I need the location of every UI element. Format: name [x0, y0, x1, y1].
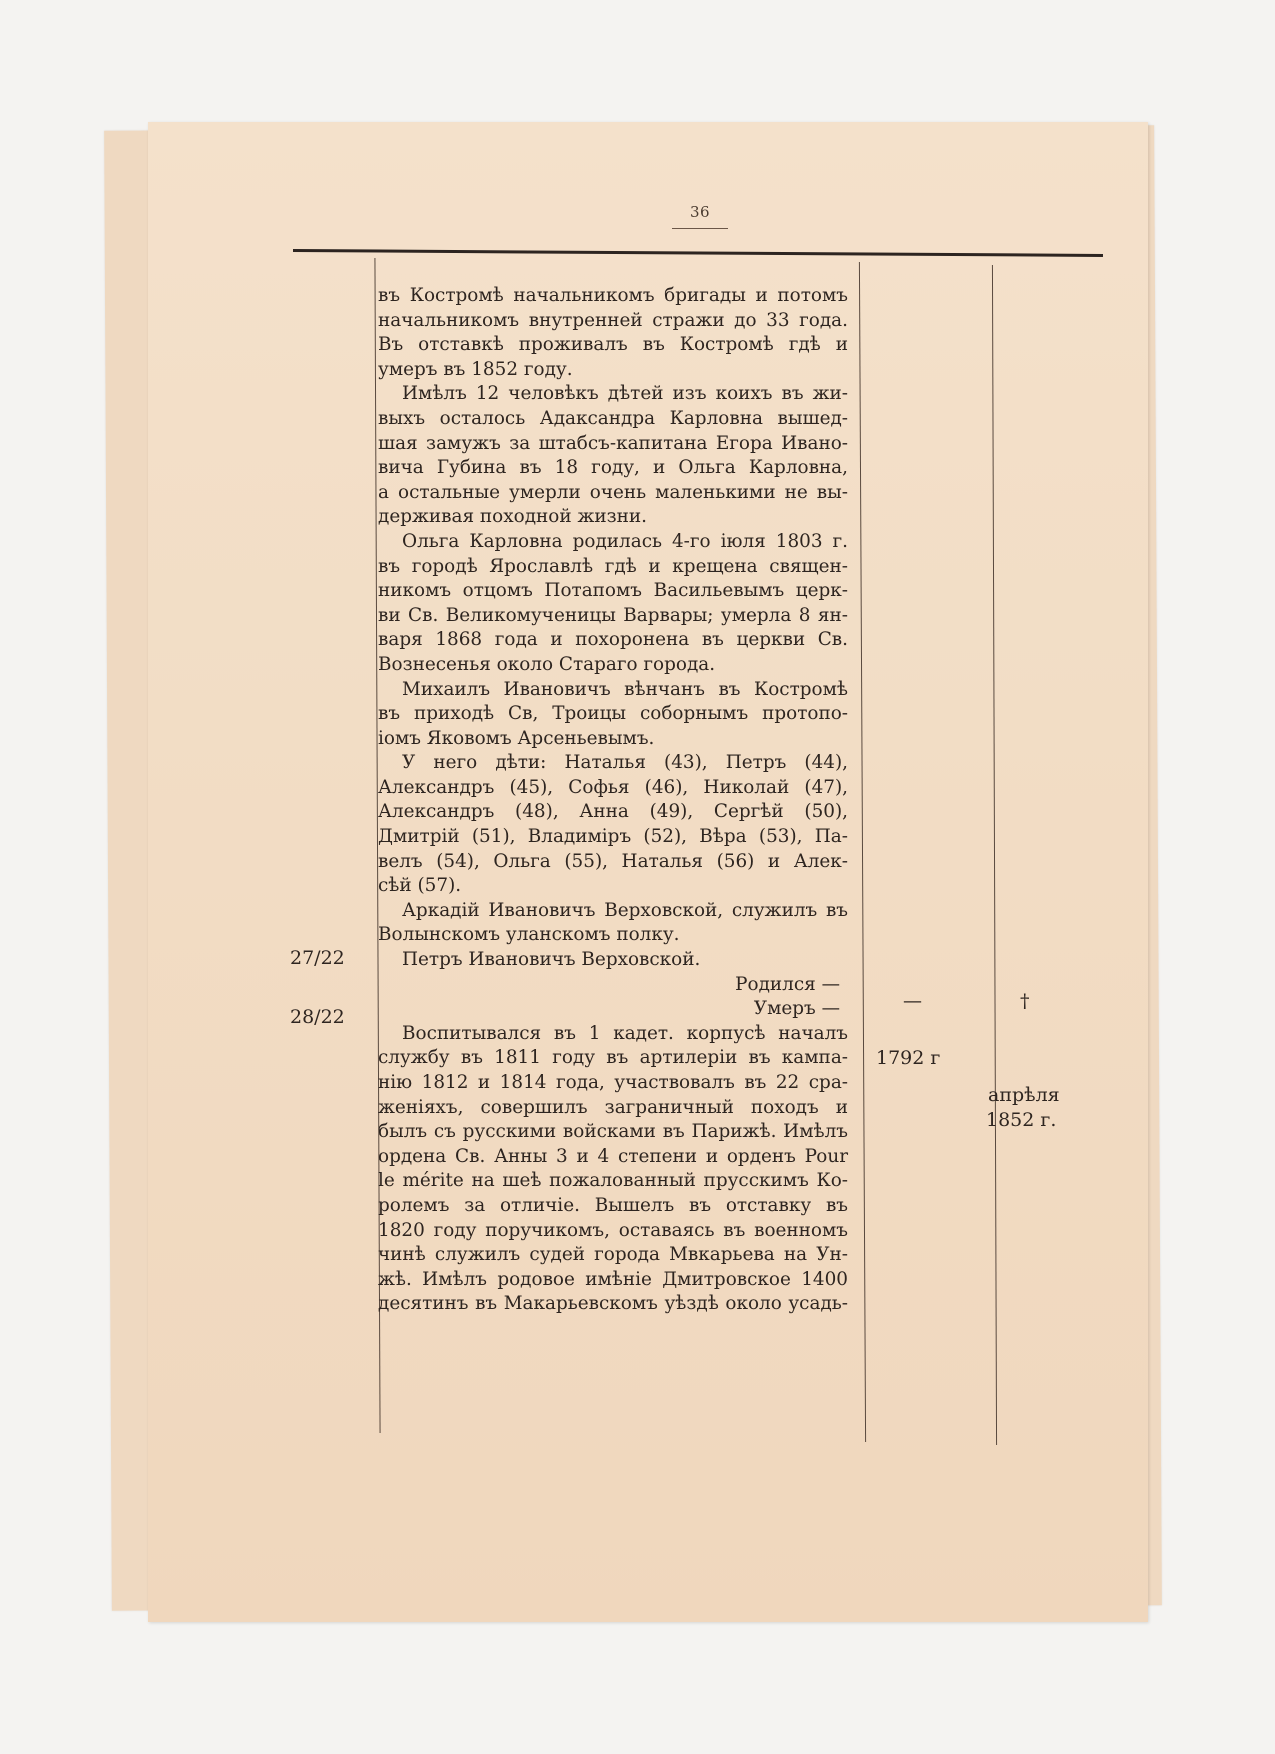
entry-arkady: Аркадій Ивановичъ Верховской, служилъ въ… [378, 899, 848, 948]
died-label: Умеръ — [378, 997, 848, 1022]
text-line: Волынскомъ уланскомъ полку. [378, 923, 848, 948]
text-line: въ приходѣ Св, Троицы соборнымъ протопо- [378, 702, 848, 727]
text-line: Петръ Ивановичъ Верховской. [378, 948, 848, 973]
entry-number-27: 27/22 [290, 947, 345, 969]
text-line: велъ (54), Ольга (55), Наталья (56) и Ал… [378, 850, 848, 875]
paragraph-children-list: У него дѣти: Наталья (43), Петръ (44), А… [378, 751, 848, 899]
text-line: 1820 году поручикомъ, оставаясь въ военн… [378, 1219, 848, 1244]
main-text-column: въ Костромѣ начальникомъ бригады и потом… [378, 284, 848, 1317]
page-number-underline [672, 228, 728, 229]
page-number: 36 [690, 203, 710, 221]
text-line: іомъ Яковомъ Арсеньевымъ. [378, 727, 848, 752]
petr-died-year: 1852 г. [986, 1109, 1056, 1131]
text-line: Ольга Карловна родилась 4-го іюля 1803 г… [378, 530, 848, 555]
arkady-died-cross: † [1020, 990, 1030, 1012]
text-line: Михаилъ Ивановичъ вѣнчанъ въ Костромѣ [378, 678, 848, 703]
text-line: Въ отставкѣ проживалъ въ Костромѣ гдѣ и [378, 333, 848, 358]
text-line: нію 1812 и 1814 года, участвовалъ въ 22 … [378, 1071, 848, 1096]
text-line: выхъ осталось Адаксандра Карловна вышед- [378, 407, 848, 432]
text-line: сѣй (57). [378, 874, 848, 899]
born-label: Родился — [378, 973, 848, 998]
text-line: У него дѣти: Наталья (43), Петръ (44), [378, 751, 848, 776]
text-line: Имѣлъ 12 человѣкъ дѣтей изъ коихъ въ жи- [378, 382, 848, 407]
paragraph-children-karl: Имѣлъ 12 человѣкъ дѣтей изъ коихъ въ жи-… [378, 382, 848, 530]
text-line: а остальные умерли очень маленькими не в… [378, 481, 848, 506]
text-line: въ Костромѣ начальникомъ бригады и потом… [378, 284, 848, 309]
petr-born-year: 1792 г [876, 1047, 940, 1069]
petr-died-month: апрѣля [988, 1084, 1060, 1106]
text-line: ордена Св. Анны 3 и 4 степени и орденъ P… [378, 1145, 848, 1170]
text-line: Александръ (48), Анна (49), Сергѣй (50), [378, 800, 848, 825]
paragraph-petr-biography: Воспитывался въ 1 кадет. корпусѣ началъ … [378, 1022, 848, 1317]
text-line: въ городѣ Ярославлѣ гдѣ и крещена священ… [378, 555, 848, 580]
paragraph-continued-service: въ Костромѣ начальникомъ бригады и потом… [378, 284, 848, 382]
entry-number-28: 28/22 [290, 1006, 345, 1028]
arkady-born-dash: — [903, 990, 922, 1012]
paragraph-olga-karlovna: Ольга Карловна родилась 4-го іюля 1803 г… [378, 530, 848, 678]
text-line: варя 1868 года и похоронена въ церкви Св… [378, 628, 848, 653]
text-line: начальникомъ внутренней стражи до 33 год… [378, 309, 848, 334]
text-line: шая замужъ за штабсъ-капитана Егора Иван… [378, 432, 848, 457]
text-line: чинѣ служилъ судей города Мвкарьева на У… [378, 1243, 848, 1268]
text-line: Александръ (45), Софья (46), Николай (47… [378, 776, 848, 801]
text-line: службу въ 1811 году въ артилеріи въ камп… [378, 1046, 848, 1071]
paragraph-wedding: Михаилъ Ивановичъ вѣнчанъ въ Костромѣ въ… [378, 678, 848, 752]
text-line: десятинъ въ Макарьевскомъ уѣздѣ около ус… [378, 1292, 848, 1317]
text-line: Вознесенья около Стараго города. [378, 653, 848, 678]
text-line: умеръ въ 1852 году. [378, 358, 848, 383]
text-line: Воспитывался въ 1 кадет. корпусѣ началъ [378, 1022, 848, 1047]
text-line: держивая походной жизни. [378, 505, 848, 530]
text-line: ви Св. Великомученицы Варвары; умерла 8 … [378, 604, 848, 629]
text-line: былъ съ русскими войсками въ Парижѣ. Имѣ… [378, 1120, 848, 1145]
text-line: Аркадій Ивановичъ Верховской, служилъ въ [378, 899, 848, 924]
text-line: le mérite на шеѣ пожалованный прусскимъ … [378, 1169, 848, 1194]
entry-petr: Петръ Ивановичъ Верховской. Родился — Ум… [378, 948, 848, 1022]
text-line: никомъ отцомъ Потапомъ Васильевымъ церк- [378, 579, 848, 604]
text-line: вича Губина въ 18 году, и Ольга Карловна… [378, 456, 848, 481]
text-line: жѣ. Имѣлъ родовое имѣніе Дмитровское 140… [378, 1268, 848, 1293]
text-line: ролемъ за отличіе. Вышелъ въ отставку въ [378, 1194, 848, 1219]
text-line: Дмитрій (51), Владиміръ (52), Вѣра (53),… [378, 825, 848, 850]
text-line: женіяхъ, совершилъ заграничный походъ и [378, 1096, 848, 1121]
